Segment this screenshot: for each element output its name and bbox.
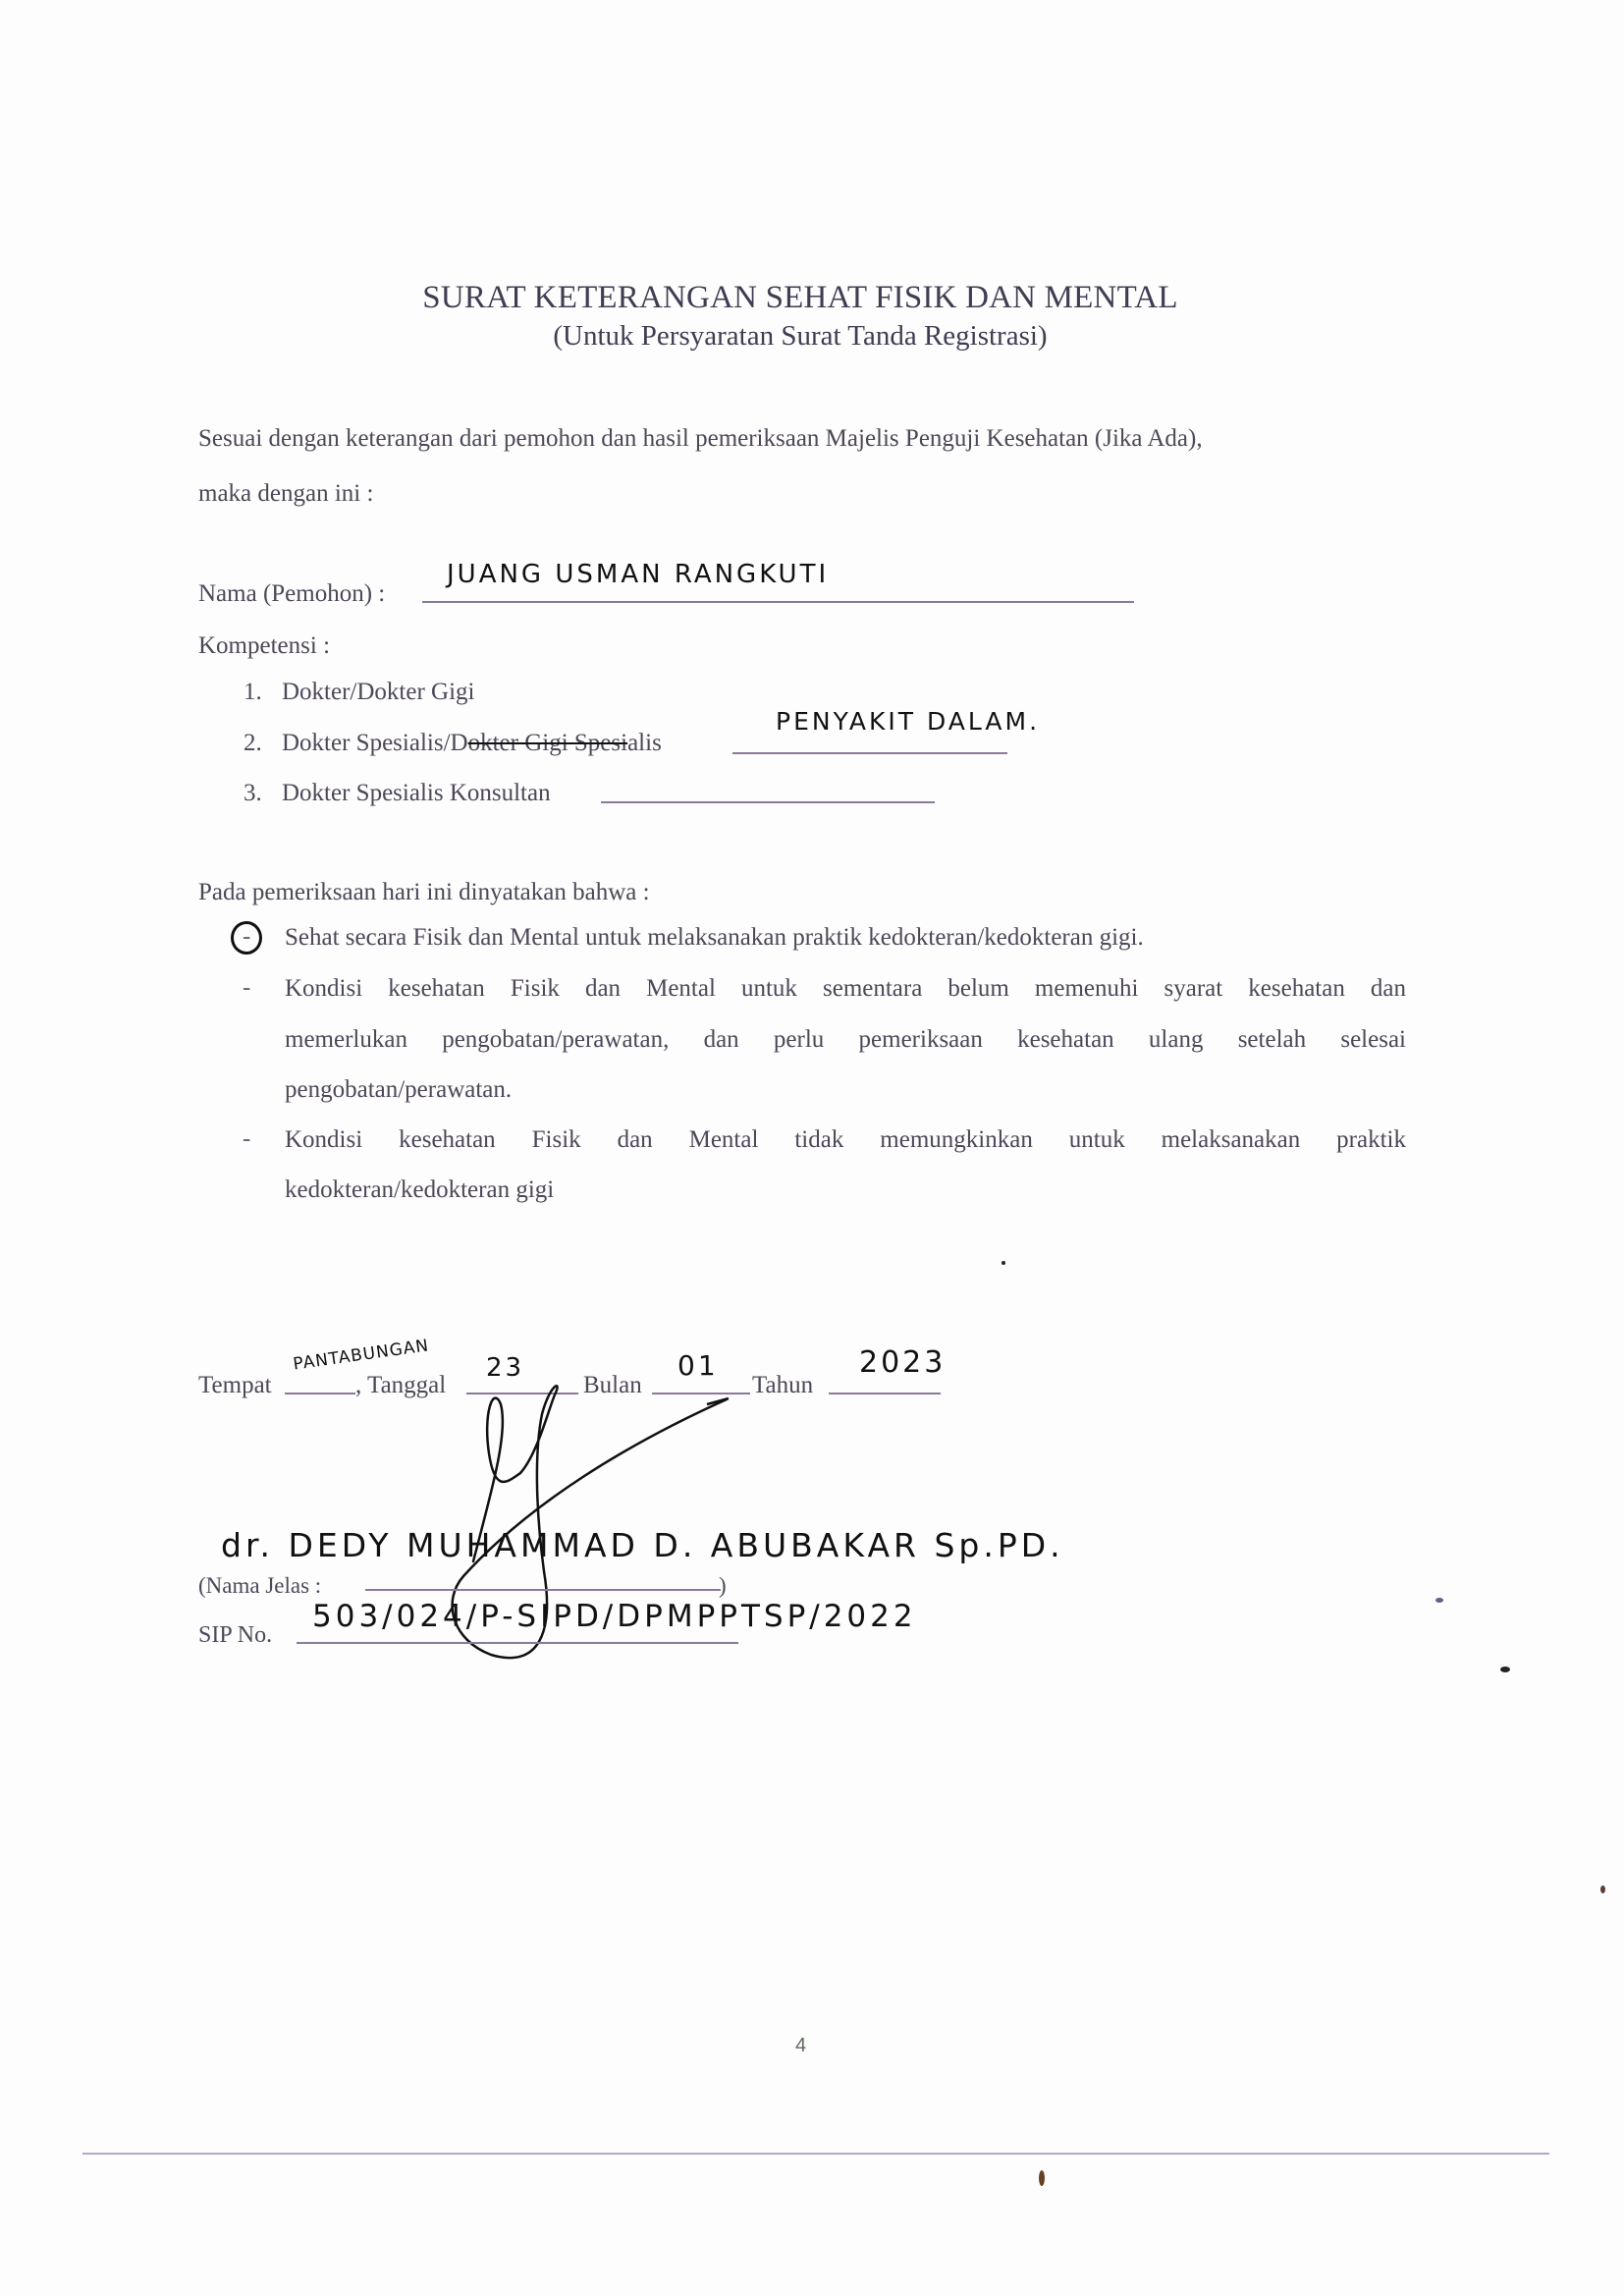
competence-item-2-suffix: alis — [627, 730, 662, 756]
doctor-name-label: (Nama Jelas : — [198, 1561, 321, 1611]
competence-item-1-text: Dokter/Dokter Gigi — [282, 679, 474, 705]
scan-speck — [1600, 1886, 1605, 1893]
option-2-line-1: Kondisi kesehatan Fisik dan Mental untuk… — [285, 964, 1406, 1013]
scan-speck — [1039, 2170, 1045, 2186]
document-title: SURAT KETERANGAN SEHAT FISIK DAN MENTAL — [0, 280, 1600, 316]
place-line — [285, 1393, 355, 1394]
competence-item-2-text: Dokter Spesialis/D — [282, 730, 468, 756]
applicant-name-value[interactable]: JUANG USMAN RANGKUTI — [447, 560, 829, 589]
option-1-text: Sehat secara Fisik dan Mental untuk mela… — [285, 913, 1144, 962]
competence-item-1-number: 1. — [244, 679, 262, 705]
consultant-line[interactable] — [601, 801, 935, 803]
applicant-label: Nama (Pemohon) : — [198, 570, 385, 619]
option-3-line-1: Kondisi kesehatan Fisik dan Mental tidak… — [285, 1116, 1406, 1165]
competence-item-2: 2. Dokter Spesialis/Dokter Gigi Spesiali… — [244, 719, 662, 768]
competence-label: Kompetensi : — [198, 622, 330, 671]
scan-speck — [1001, 1261, 1005, 1265]
option-3-marker[interactable]: - — [243, 1125, 250, 1153]
intro-line-2: maka dengan ini : — [198, 469, 373, 519]
sip-value[interactable]: 503/024/P-SIPD/DPMPPTSP/2022 — [312, 1599, 917, 1634]
option-2-line-3: pengobatan/perawatan. — [285, 1066, 512, 1115]
competence-item-1: 1. Dokter/Dokter Gigi — [244, 668, 474, 717]
competence-item-3-number: 3. — [244, 780, 262, 806]
competence-item-3: 3. Dokter Spesialis Konsultan — [244, 769, 551, 818]
scan-speck — [1435, 1598, 1443, 1603]
intro-text-1: Sesuai dengan keterangan dari pemohon da… — [198, 425, 1203, 452]
year-value[interactable]: 2023 — [859, 1345, 946, 1380]
document-subtitle: (Untuk Persyaratan Surat Tanda Registras… — [0, 320, 1600, 353]
doctor-name-value[interactable]: dr. DEDY MUHAMMAD D. ABUBAKAR Sp.PD. — [221, 1526, 1064, 1564]
specialty-line — [732, 752, 1007, 754]
option-2-line-2: memerlukan pengobatan/perawatan, dan per… — [285, 1015, 1406, 1065]
option-3-line-2: kedokteran/kedokteran gigi — [285, 1166, 554, 1215]
doctor-name-line — [365, 1589, 721, 1591]
option-1-marker[interactable]: - — [243, 923, 250, 951]
exam-intro: Pada pemeriksaan hari ini dinyatakan bah… — [198, 868, 650, 917]
scan-speck — [1500, 1667, 1510, 1672]
sip-line — [297, 1642, 738, 1644]
sip-label: SIP No. — [198, 1611, 272, 1660]
competence-item-2-number: 2. — [244, 730, 262, 756]
applicant-name-line — [422, 601, 1134, 603]
place-label: Tempat — [198, 1361, 272, 1410]
competence-item-2-struck-text: okter Gigi Spesi — [468, 730, 628, 756]
specialty-value[interactable]: PENYAKIT DALAM. — [776, 707, 1040, 736]
competence-item-3-text: Dokter Spesialis Konsultan — [282, 780, 551, 806]
year-line — [829, 1393, 941, 1394]
option-2-marker[interactable]: - — [243, 974, 250, 1002]
page-number: 4 — [795, 2035, 806, 2057]
intro-line-1: Sesuai dengan keterangan dari pemohon da… — [198, 414, 1408, 464]
footer-rule — [82, 2153, 1549, 2155]
